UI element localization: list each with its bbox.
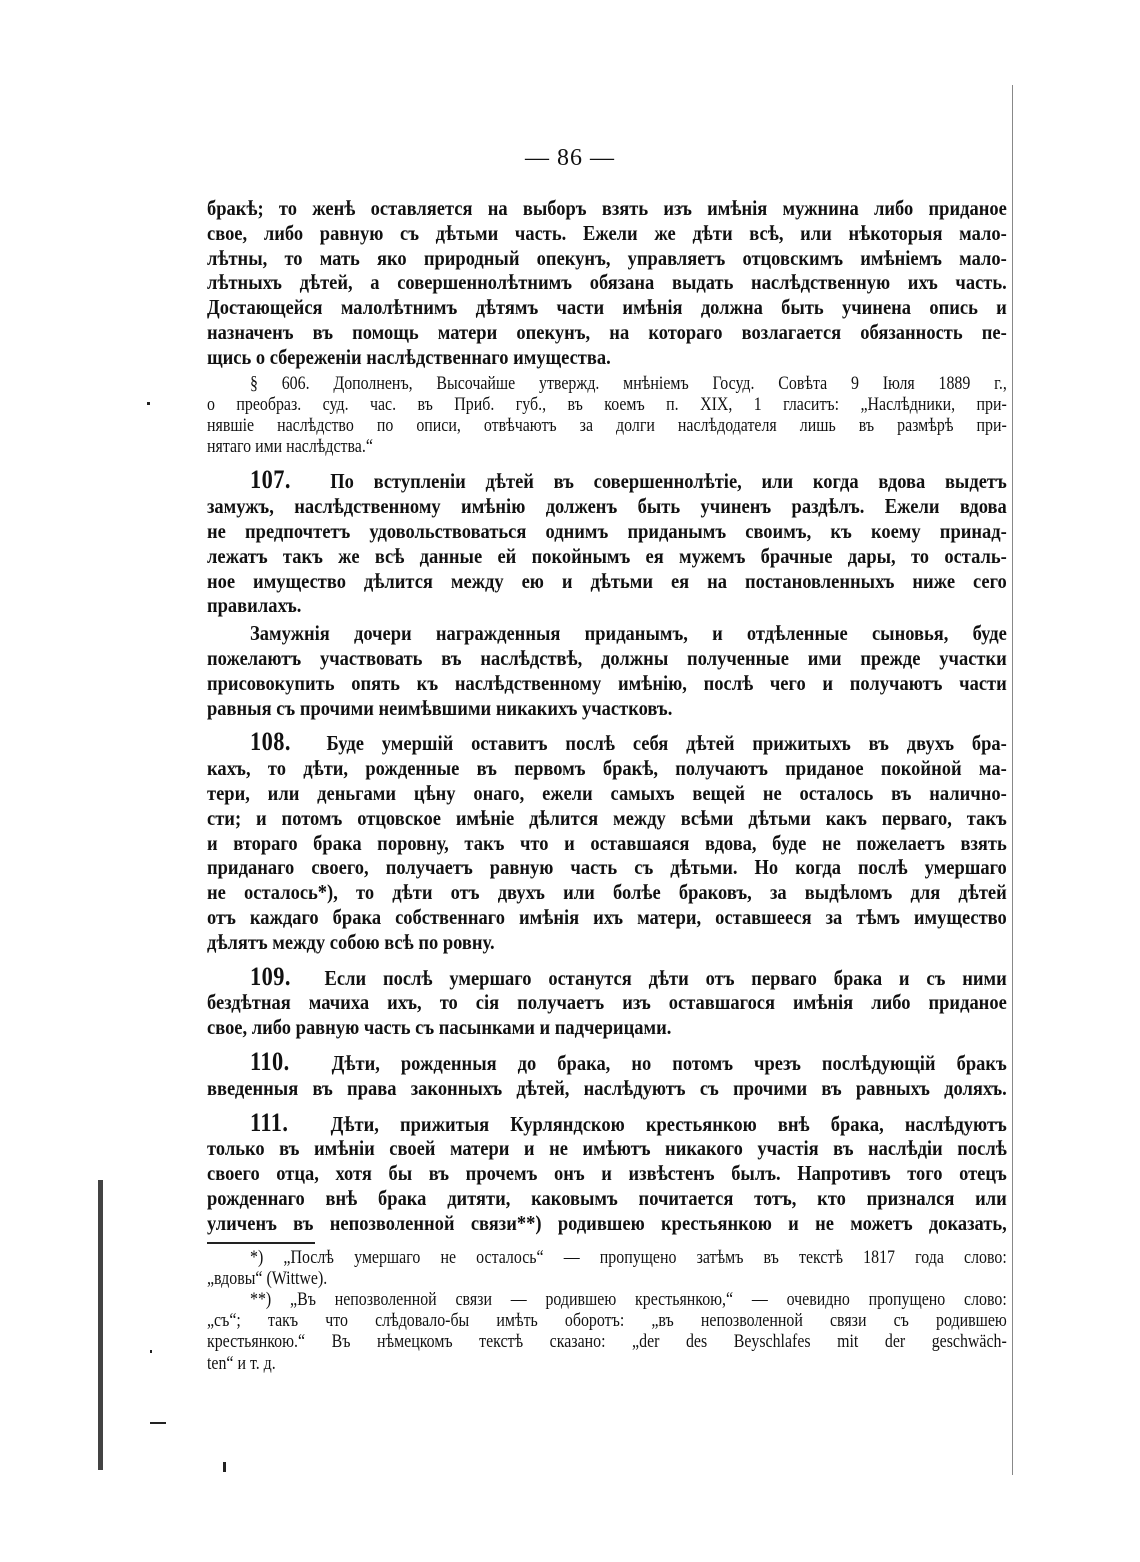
- text-line: правилахъ.: [207, 593, 1007, 618]
- note-line: нявшіе наслѣдство по описи, отвѣчаютъ за…: [207, 416, 1007, 437]
- text-line: 110. Дѣти, рожденныя до брака, но потомъ…: [207, 1050, 1007, 1076]
- text-line: ное имущество дѣлится между ею и дѣтьми …: [207, 569, 1007, 594]
- scan-speck: [150, 1350, 152, 1353]
- footnote-separator: [207, 1242, 315, 1244]
- footnote-line: *) „Послѣ умершаго не осталось“ — пропущ…: [207, 1248, 1007, 1269]
- footnote-line: „съ“; такъ что слѣдовало-бы имѣть оборот…: [207, 1311, 1007, 1332]
- page-body: бракѣ; то женѣ оставляется на выборъ взя…: [207, 196, 1007, 1375]
- article-109: 109. Если послѣ умершаго останутся дѣти …: [207, 965, 1007, 1040]
- footnotes: *) „Послѣ умершаго не осталось“ — пропущ…: [207, 1248, 1007, 1375]
- note-line: § 606. Дополненъ, Высочайше утвержд. мнѣ…: [207, 374, 1007, 395]
- scanned-page: — 86 — бракѣ; то женѣ оставляется на выб…: [0, 0, 1140, 1562]
- footnote-line: крестьянкою.“ Въ нѣмецкомъ текстѣ сказан…: [207, 1332, 1007, 1353]
- article-number: 110.: [250, 1047, 290, 1076]
- text-line: замужъ, наслѣдственному имѣнію долженъ б…: [207, 494, 1007, 519]
- text-line: присовокупить опять къ наслѣдственному и…: [207, 671, 1007, 696]
- text-line: 107. По вступленіи дѣтей въ совершеннолѣ…: [207, 468, 1007, 494]
- text-line: кахъ, то дѣти, рожденные въ первомъ брак…: [207, 756, 1007, 781]
- article-number: 111.: [250, 1108, 288, 1137]
- text-line: 111. Дѣти, прижитыя Курляндскою крестьян…: [207, 1111, 1007, 1137]
- article-110: 110. Дѣти, рожденныя до брака, но потомъ…: [207, 1050, 1007, 1101]
- text-line: введенныя въ права законныхъ дѣтей, насл…: [207, 1076, 1007, 1101]
- footnote-line: **) „Въ непозволенной связи — родившею к…: [207, 1290, 1007, 1311]
- note-606: § 606. Дополненъ, Высочайше утвержд. мнѣ…: [207, 374, 1007, 459]
- text-line: лѣтныхъ дѣтей, а совершеннолѣтнимъ обяза…: [207, 270, 1007, 295]
- scan-speck: [147, 402, 150, 405]
- text-line: лежатъ такъ же всѣ данные ей покойнымъ е…: [207, 544, 1007, 569]
- text-line: тери, или деньгами цѣну онаго, ежели сам…: [207, 781, 1007, 806]
- text-line: уличенъ въ непозволенной связи**) родивш…: [207, 1211, 1007, 1236]
- article-108: 108. Буде умершій оставитъ послѣ себя дѣ…: [207, 730, 1007, 954]
- scan-speck: [150, 1422, 166, 1424]
- text-line: сти; и потомъ отцовское имѣніе дѣлится м…: [207, 806, 1007, 831]
- note-line: о преобраз. суд. час. въ Приб. губ., въ …: [207, 395, 1007, 416]
- text-line: равныя съ прочими неимѣвшими никакихъ уч…: [207, 696, 1007, 721]
- text-line: не предпочтетъ удовольствоваться однимъ …: [207, 519, 1007, 544]
- scan-edge-artifact-right: [1012, 85, 1013, 1475]
- text-line: Достающейся малолѣтнимъ дѣтямъ части имѣ…: [207, 295, 1007, 320]
- text-line: назначенъ въ помощь матери опекунъ, на к…: [207, 320, 1007, 345]
- article-111: 111. Дѣти, прижитыя Курляндскою крестьян…: [207, 1111, 1007, 1236]
- scan-speck: [223, 1462, 226, 1472]
- text-line: и втораго брака поровну, такъ что и оста…: [207, 831, 1007, 856]
- text-line: дѣлятъ между собою всѣ по ровну.: [207, 930, 1007, 955]
- text-line: пожелаютъ участвовать въ наслѣдствѣ, дол…: [207, 646, 1007, 671]
- text-line: рожденнаго внѣ брака дитяти, каковымъ по…: [207, 1186, 1007, 1211]
- text-line: 109. Если послѣ умершаго останутся дѣти …: [207, 965, 1007, 991]
- scan-edge-artifact-left: [98, 1180, 103, 1470]
- text-line: приданаго своего, получаетъ равную часть…: [207, 855, 1007, 880]
- text-line: бездѣтная мачиха ихъ, то сія получаетъ и…: [207, 990, 1007, 1015]
- text-line: отъ каждаго брака собственнаго имѣнія их…: [207, 905, 1007, 930]
- text-line: Замужнія дочери награжденныя приданымъ, …: [207, 621, 1007, 646]
- text-line: своего отца, хотя бы въ прочемъ онъ и из…: [207, 1161, 1007, 1186]
- article-107: 107. По вступленіи дѣтей въ совершеннолѣ…: [207, 468, 1007, 720]
- footnote-marker: **): [250, 1290, 271, 1310]
- footnote-marker: *): [250, 1248, 263, 1268]
- text-line: свое, либо равную съ дѣтьми часть. Ежели…: [207, 221, 1007, 246]
- text-line: 108. Буде умершій оставитъ послѣ себя дѣ…: [207, 730, 1007, 756]
- note-line: нятаго ими наслѣдства.“: [207, 437, 1007, 458]
- footnote-line: ten“ и т. д.: [207, 1354, 1007, 1375]
- text-line: бракѣ; то женѣ оставляется на выборъ взя…: [207, 196, 1007, 221]
- article-number: 109.: [250, 962, 291, 991]
- footnote-line: „вдовы“ (Wittwe).: [207, 1269, 1007, 1290]
- article-number: 107.: [250, 465, 291, 494]
- continuation-paragraph: бракѣ; то женѣ оставляется на выборъ взя…: [207, 196, 1007, 370]
- text-line: свое, либо равную часть съ пасынками и п…: [207, 1015, 1007, 1040]
- text-line: щись о сбереженіи наслѣдственнаго имущес…: [207, 345, 1007, 370]
- page-number: — 86 —: [0, 145, 1140, 172]
- text-line: не осталось*), то дѣти отъ двухъ или бол…: [207, 880, 1007, 905]
- text-line: только въ имѣніи своей матери и не имѣют…: [207, 1136, 1007, 1161]
- text-line: лѣтны, то мать яко природный опекунъ, уп…: [207, 246, 1007, 271]
- article-number: 108.: [250, 727, 291, 756]
